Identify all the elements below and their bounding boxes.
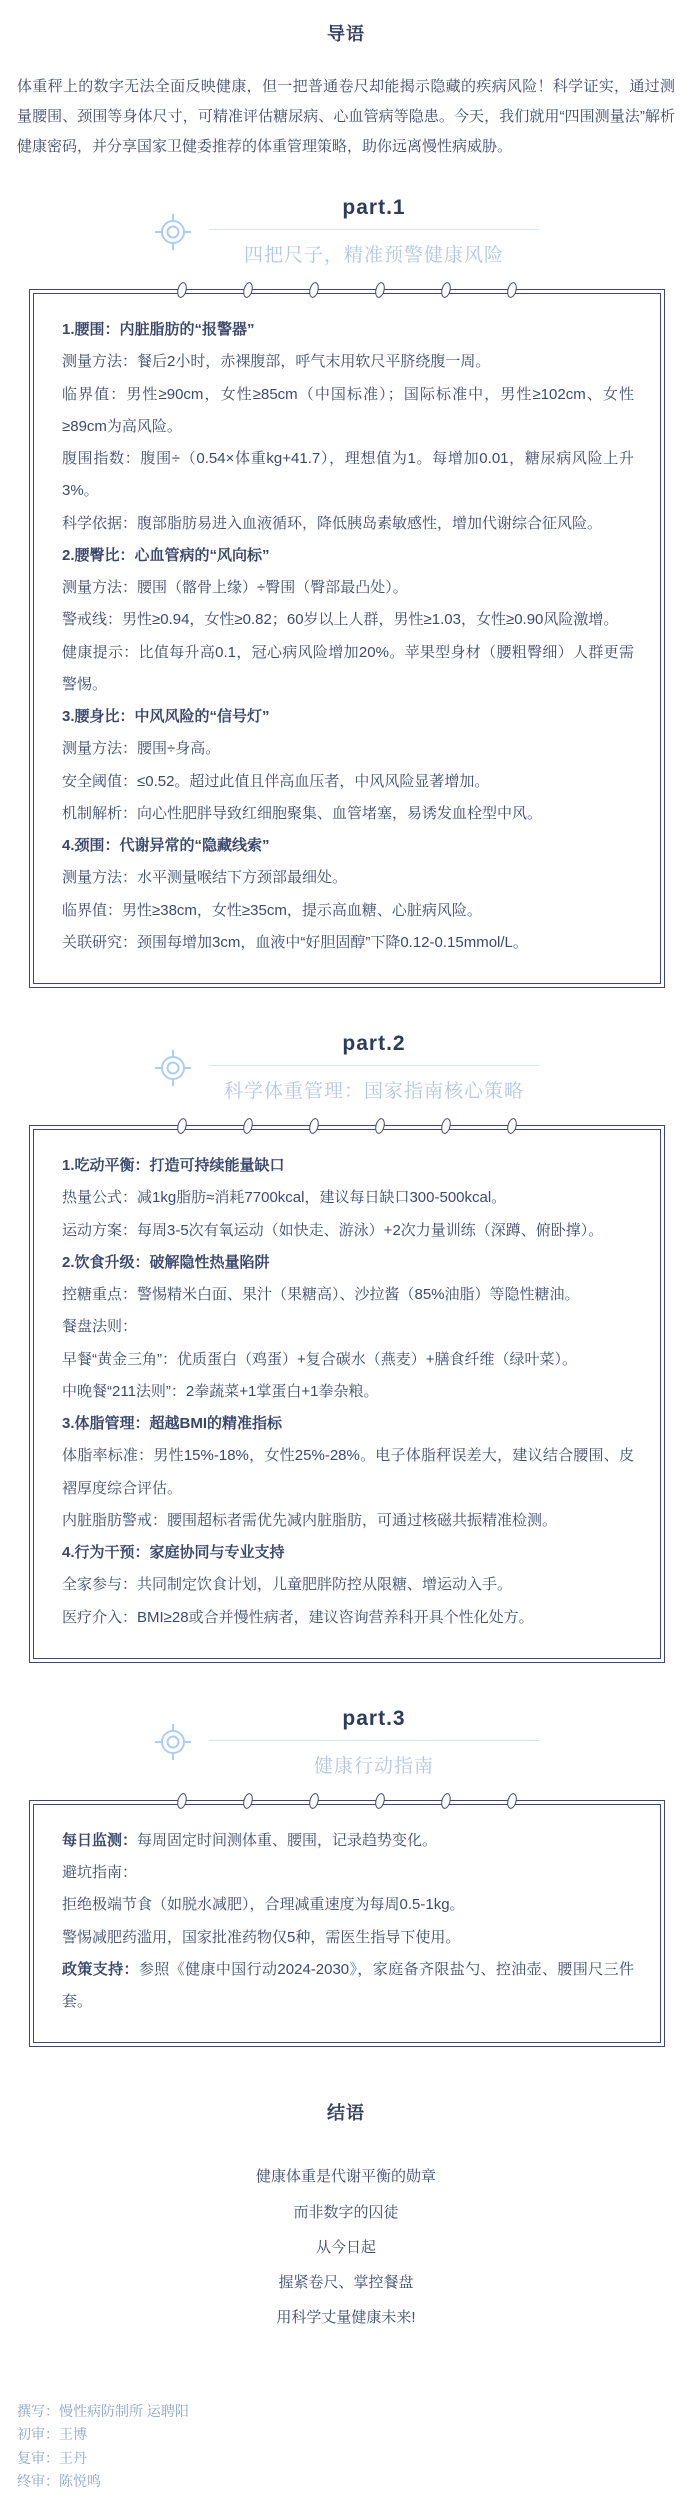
binder-rings <box>178 1118 517 1134</box>
content-box-2: 1.吃动平衡：打造可持续能量缺口热量公式：减1kg脂肪≈消耗7700kcal，建… <box>29 1125 665 1663</box>
box-paragraph: 运动方案：每周3-5次有氧运动（如快走、游泳）+2次力量训练（深蹲、俯卧撑）。 <box>62 1215 634 1247</box>
content-box-3-body: 每日监测：每周固定时间测体重、腰围，记录趋势变化。避坑指南：拒绝极端节食（如脱水… <box>34 1805 660 2043</box>
article-page: 导语 体重秤上的数字无法全面反映健康，但一把普通卷尺却能揭示隐藏的疾病风险！科学… <box>0 0 692 2500</box>
ring-icon <box>242 281 255 299</box>
binder-rings <box>178 282 517 298</box>
box-heading: 4.行为干预：家庭协同与专业支持 <box>62 1537 634 1569</box>
box-paragraph: 警戒线：男性≥0.94，女性≥0.82；60岁以上人群，男性≥1.03，女性≥0… <box>62 604 634 636</box>
box-paragraph: 医疗介入：BMI≥28或合并慢性病者，建议咨询营养科开具个性化处方。 <box>62 1602 634 1634</box>
credit-line-first-review: 初审：王博 <box>17 2423 692 2447</box>
box-paragraph: 科学依据：腹部脂肪易进入血液循环，降低胰岛素敏感性，增加代谢综合征风险。 <box>62 508 634 540</box>
content-box-3: 每日监测：每周固定时间测体重、腰围，记录趋势变化。避坑指南：拒绝极端节食（如脱水… <box>29 1800 665 2048</box>
part-3-titles: part.3 健康行动指南 <box>209 1707 539 1778</box>
ring-icon <box>374 281 387 299</box>
box-paragraph: 中晚餐“211法则”：2拳蔬菜+1掌蛋白+1拳杂粮。 <box>62 1376 634 1408</box>
crosshair-icon <box>153 1048 193 1088</box>
ring-icon <box>506 1792 519 1810</box>
box-heading: 1.腰围：内脏脂肪的“报警器” <box>62 314 634 346</box>
box-paragraph: 内脏脂肪警戒：腰围超标者需优先减内脏脂肪，可通过核磁共振精准检测。 <box>62 1505 634 1537</box>
credits-block: 撰写：慢性病防制所 运聘阳 初审：王博 复审：王丹 终审：陈悦鸣 <box>17 2400 692 2494</box>
binder-rings <box>178 1793 517 1809</box>
ring-icon <box>176 281 189 299</box>
ring-icon <box>176 1792 189 1810</box>
conclusion-line: 而非数字的囚徒 <box>0 2195 692 2230</box>
content-box-1-body: 1.腰围：内脏脂肪的“报警器”测量方法：餐后2小时，赤裸腹部，呼气末用软尺平脐绕… <box>34 294 660 983</box>
part-1-header: part.1 四把尺子，精准预警健康风险 <box>0 196 692 267</box>
box-paragraph: 拒绝极端节食（如脱水减肥），合理减重速度为每周0.5-1kg。 <box>62 1889 634 1921</box>
part-2-label: part.2 <box>342 1032 405 1065</box>
ring-icon <box>308 281 321 299</box>
credit-line-author: 撰写：慢性病防制所 运聘阳 <box>17 2400 692 2424</box>
box-paragraph: 测量方法：水平测量喉结下方颈部最细处。 <box>62 862 634 894</box>
part-1-divider <box>209 229 539 230</box>
credit-line-second-review: 复审：王丹 <box>17 2447 692 2471</box>
ring-icon <box>374 1117 387 1135</box>
box-paragraph: 热量公式：减1kg脂肪≈消耗7700kcal，建议每日缺口300-500kcal… <box>62 1182 634 1214</box>
box-heading: 3.体脂管理：超越BMI的精准指标 <box>62 1408 634 1440</box>
conclusion-lines: 健康体重是代谢平衡的勋章 而非数字的囚徒 从今日起 握紧卷尺、掌控餐盘 用科学丈… <box>0 2159 692 2335</box>
box-heading: 3.腰身比：中风风险的“信号灯” <box>62 701 634 733</box>
ring-icon <box>242 1792 255 1810</box>
box-heading: 4.颈围：代谢异常的“隐藏线索” <box>62 830 634 862</box>
content-box-3-inner: 每日监测：每周固定时间测体重、腰围，记录趋势变化。避坑指南：拒绝极端节食（如脱水… <box>33 1804 661 2044</box>
part-2-titles: part.2 科学体重管理：国家指南核心策略 <box>209 1032 539 1103</box>
box-paragraph: 早餐“黄金三角”：优质蛋白（鸡蛋）+复合碳水（燕麦）+膳食纤维（绿叶菜）。 <box>62 1344 634 1376</box>
ring-icon <box>176 1117 189 1135</box>
part-1-subtitle: 四把尺子，精准预警健康风险 <box>244 240 504 267</box>
box-paragraph: 腹围指数：腹围÷（0.54×体重kg+41.7），理想值为1。每增加0.01，糖… <box>62 443 634 508</box>
conclusion-title: 结语 <box>0 2099 692 2125</box>
box-paragraph: 体脂率标准：男性15%-18%，女性25%-28%。电子体脂秤误差大，建议结合腰… <box>62 1440 634 1505</box>
box-paragraph: 警惕减肥药滥用，国家批准药物仅5种，需医生指导下使用。 <box>62 1922 634 1954</box>
content-box-1-inner: 1.腰围：内脏脂肪的“报警器”测量方法：餐后2小时，赤裸腹部，呼气末用软尺平脐绕… <box>33 293 661 984</box>
box-paragraph: 每日监测：每周固定时间测体重、腰围，记录趋势变化。 <box>62 1825 634 1857</box>
box-paragraph: 测量方法：腰围（髂骨上缘）÷臀围（臀部最凸处）。 <box>62 572 634 604</box>
conclusion-line: 用科学丈量健康未来! <box>0 2300 692 2335</box>
box-paragraph: 政策支持：参照《健康中国行动2024-2030》，家庭备齐限盐勺、控油壶、腰围尺… <box>62 1954 634 2019</box>
ring-icon <box>440 1117 453 1135</box>
box-paragraph: 健康提示：比值每升高0.1，冠心病风险增加20%。苹果型身材（腰粗臀细）人群更需… <box>62 637 634 702</box>
conclusion-line: 握紧卷尺、掌控餐盘 <box>0 2265 692 2300</box>
box-paragraph: 临界值：男性≥38cm，女性≥35cm，提示高血糖、心脏病风险。 <box>62 895 634 927</box>
part-1-label: part.1 <box>342 196 405 229</box>
content-box-1: 1.腰围：内脏脂肪的“报警器”测量方法：餐后2小时，赤裸腹部，呼气末用软尺平脐绕… <box>29 289 665 988</box>
part-1-titles: part.1 四把尺子，精准预警健康风险 <box>209 196 539 267</box>
part-3-header: part.3 健康行动指南 <box>0 1707 692 1778</box>
box-paragraph: 餐盘法则： <box>62 1311 634 1343</box>
box-paragraph: 关联研究：颈围每增加3cm，血液中“好胆固醇”下降0.12-0.15mmol/L… <box>62 927 634 959</box>
box-heading: 2.饮食升级：破解隐性热量陷阱 <box>62 1247 634 1279</box>
intro-title: 导语 <box>0 0 692 46</box>
part-3-divider <box>209 1740 539 1741</box>
content-box-2-body: 1.吃动平衡：打造可持续能量缺口热量公式：减1kg脂肪≈消耗7700kcal，建… <box>34 1130 660 1658</box>
ring-icon <box>440 1792 453 1810</box>
box-paragraph: 全家参与：共同制定饮食计划，儿童肥胖防控从限糖、增运动入手。 <box>62 1569 634 1601</box>
ring-icon <box>374 1792 387 1810</box>
box-paragraph: 安全阈值：≤0.52。超过此值且伴高血压者，中风风险显著增加。 <box>62 766 634 798</box>
part-3-subtitle: 健康行动指南 <box>314 1751 434 1778</box>
box-heading: 2.腰臀比：心血管病的“风向标” <box>62 540 634 572</box>
box-heading: 1.吃动平衡：打造可持续能量缺口 <box>62 1150 634 1182</box>
part-2-header: part.2 科学体重管理：国家指南核心策略 <box>0 1032 692 1103</box>
ring-icon <box>506 281 519 299</box>
crosshair-icon <box>153 212 193 252</box>
content-box-2-inner: 1.吃动平衡：打造可持续能量缺口热量公式：减1kg脂肪≈消耗7700kcal，建… <box>33 1129 661 1659</box>
ring-icon <box>440 281 453 299</box>
part-3-label: part.3 <box>342 1707 405 1740</box>
intro-paragraph: 体重秤上的数字无法全面反映健康，但一把普通卷尺却能揭示隐藏的疾病风险！科学证实，… <box>17 72 675 162</box>
box-paragraph: 测量方法：餐后2小时，赤裸腹部，呼气末用软尺平脐绕腹一周。 <box>62 346 634 378</box>
ring-icon <box>308 1117 321 1135</box>
box-paragraph: 控糖重点：警惕精米白面、果汁（果糖高）、沙拉酱（85%油脂）等隐性糖油。 <box>62 1279 634 1311</box>
conclusion-line: 从今日起 <box>0 2230 692 2265</box>
box-paragraph: 避坑指南： <box>62 1857 634 1889</box>
crosshair-icon <box>153 1722 193 1762</box>
box-paragraph: 临界值：男性≥90cm，女性≥85cm（中国标准）；国际标准中，男性≥102cm… <box>62 379 634 444</box>
box-paragraph: 机制解析：向心性肥胖导致红细胞聚集、血管堵塞，易诱发血栓型中风。 <box>62 798 634 830</box>
ring-icon <box>242 1117 255 1135</box>
part-2-subtitle: 科学体重管理：国家指南核心策略 <box>224 1076 524 1103</box>
part-2-divider <box>209 1065 539 1066</box>
box-paragraph: 测量方法：腰围÷身高。 <box>62 733 634 765</box>
credit-line-final-review: 终审：陈悦鸣 <box>17 2470 692 2494</box>
ring-icon <box>308 1792 321 1810</box>
ring-icon <box>506 1117 519 1135</box>
conclusion-line: 健康体重是代谢平衡的勋章 <box>0 2159 692 2194</box>
